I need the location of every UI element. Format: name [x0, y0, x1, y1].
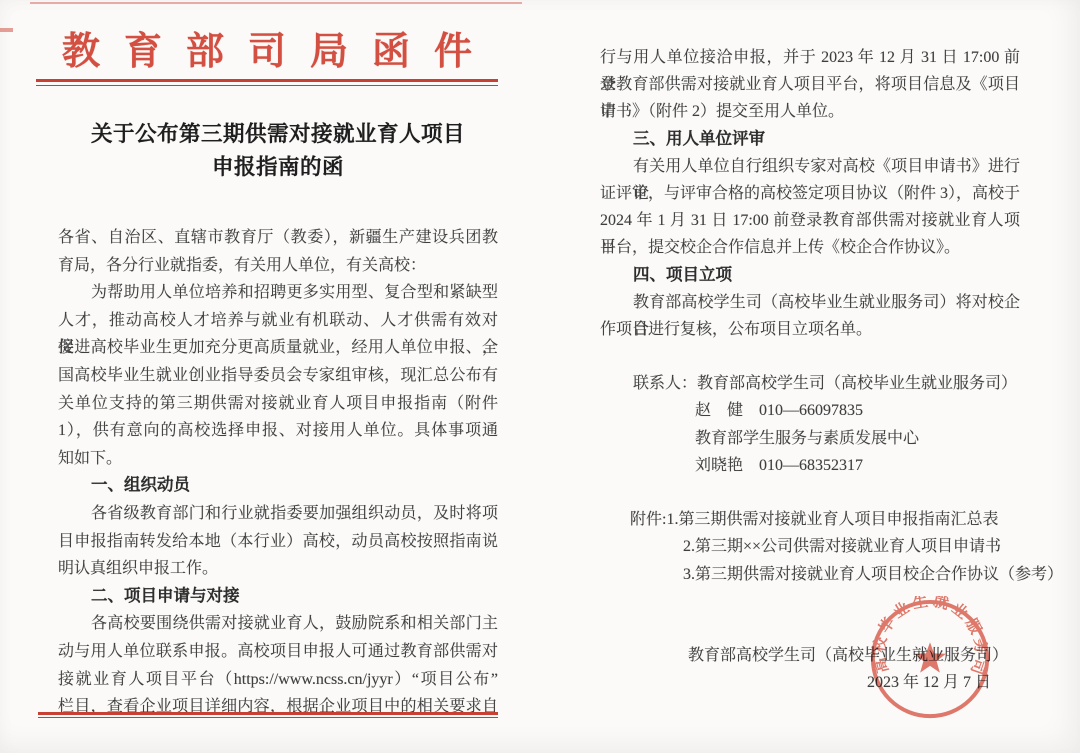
text-line: 平台，提交校企合作信息并上传《校企合作协议》。	[600, 234, 1020, 261]
top-red-hairline	[30, 2, 522, 4]
text-line: 教育部学生服务与素质发展中心	[600, 425, 1020, 452]
scanned-letter-document: 教育部司局函件 关于公布第三期供需对接就业育人项目 申报指南的函 各省、自治区、…	[0, 0, 1080, 753]
text-line: 2.第三期××公司供需对接就业育人项目申请书	[600, 533, 1020, 560]
text-line	[600, 479, 1020, 506]
text-line: 人才，推动高校人才培养与就业有机联动、人才供需有效对接，	[58, 307, 498, 335]
text-line: 接就业育人项目平台（https://www.ncss.cn/jyyr）“项目公布…	[58, 666, 498, 694]
letterhead-banner: 教育部司局函件	[36, 20, 498, 70]
text-line: 赵 健 010—66097835	[600, 397, 1020, 424]
text-line: 各省、自治区、直辖市教育厅（教委），新疆生产建设兵团教	[58, 224, 498, 252]
text-line: 动与用人单位联系申报。高校项目申报人可通过教育部供需对	[58, 638, 498, 666]
seal-star-icon	[914, 642, 946, 672]
section-heading-line: 三、用人单位评审	[600, 126, 1020, 153]
text-line: 联系人：教育部高校学生司（高校毕业生就业服务司）	[600, 370, 1020, 397]
left-page-body: 各省、自治区、直辖市教育厅（教委），新疆生产建设兵团教育局，各分行业就指委，有关…	[58, 224, 498, 721]
text-line: 各高校要围绕供需对接就业育人，鼓励院系和相关部门主	[58, 610, 498, 638]
text-line: 作项目进行复核，公布项目立项名单。	[600, 316, 1020, 343]
document-title-line1: 关于公布第三期供需对接就业育人项目	[58, 118, 498, 151]
text-line	[600, 343, 1020, 370]
text-line: 3.第三期供需对接就业育人项目校企合作协议（参考）	[600, 561, 1020, 588]
text-line: 明认真组织申报工作。	[58, 555, 498, 583]
text-line: 促进高校毕业生更加充分更高质量就业，经用人单位申报、全	[58, 334, 498, 362]
text-line: 有关用人单位自行组织专家对高校《项目申请书》进行论	[600, 153, 1020, 180]
section-heading-line: 二、项目申请与对接	[58, 583, 498, 611]
text-line: 1），供有意向的高校选择申报、对接用人单位。具体事项通	[58, 417, 498, 445]
section-heading-line: 一、组织动员	[58, 472, 498, 500]
left-edge-red-mark	[0, 28, 13, 32]
text-line: 刘晓艳 010—68352317	[600, 452, 1020, 479]
footer-rule-thick	[38, 712, 498, 715]
text-line: 教育部高校学生司（高校毕业生就业服务司）将对校企合	[600, 289, 1020, 316]
text-line: 为帮助用人单位培养和招聘更多实用型、复合型和紧缺型	[58, 279, 498, 307]
text-line: 国高校毕业生就业创业指导委员会专家组审核，现汇总公布有	[58, 362, 498, 390]
text-line: 证评审，与评审合格的高校签定项目协议（附件 3），高校于	[600, 180, 1020, 207]
text-line: 各省级教育部门和行业就指委要加强组织动员，及时将项	[58, 500, 498, 528]
document-title: 关于公布第三期供需对接就业育人项目 申报指南的函	[58, 118, 498, 184]
seal-arc-text: 高校毕业生就业服务司	[870, 596, 990, 680]
text-line: 行与用人单位接洽申报，并于 2023 年 12 月 31 日 17:00 前登	[600, 44, 1020, 71]
section-heading-line: 四、项目立项	[600, 262, 1020, 289]
letterhead-rule-thin	[36, 85, 498, 86]
official-seal: 高校毕业生就业服务司	[866, 596, 994, 724]
document-title-line2: 申报指南的函	[58, 151, 498, 184]
text-line: 请书》（附件 2）提交至用人单位。	[600, 98, 1020, 125]
text-line: 关单位支持的第三期供需对接就业育人项目申报指南（附件	[58, 390, 498, 418]
text-line: 目申报指南转发给本地（本行业）高校，动员高校按照指南说	[58, 528, 498, 556]
text-line: 育局，各分行业就指委，有关用人单位，有关高校：	[58, 252, 498, 280]
text-line: 录教育部供需对接就业育人项目平台，将项目信息及《项目申	[600, 71, 1020, 98]
footer-rule-thin	[38, 717, 498, 718]
text-line: 附件:1.第三期供需对接就业育人项目申报指南汇总表	[600, 506, 1020, 533]
text-line: 知如下。	[58, 445, 498, 473]
letterhead-rule-thick	[36, 79, 498, 82]
text-line: 2024 年 1 月 31 日 17:00 前登录教育部供需对接就业育人项目	[600, 207, 1020, 234]
